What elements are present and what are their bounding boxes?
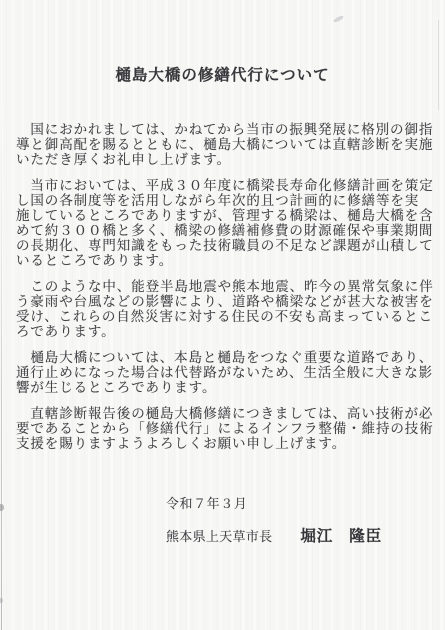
- scan-speck-artifact: [0, 598, 3, 603]
- paragraph-disasters: このような中、能登半島地震や熊本地震、昨今の異常気象に伴 う豪雨や台風などの影響…: [16, 279, 440, 339]
- scan-left-edge-artifact: [1, 100, 2, 630]
- signature-name: 堀江 隆臣: [300, 524, 382, 546]
- document-title: 樋島大橋の修繕代行について: [0, 0, 445, 84]
- document-body: 国におかれましては、かねてから当市の振興発展に格別の御指 導と御高配を賜るととも…: [16, 122, 440, 451]
- scan-speck-artifact: [0, 504, 4, 511]
- scanned-letter-page: 樋島大橋の修繕代行について 国におかれましては、かねてから当市の振興発展に格別の…: [0, 0, 445, 630]
- paragraph-request: 直轄診断報告後の樋島大橋修繕につきましては、高い技術が必 要であることから「修繕…: [16, 406, 440, 451]
- signature-office: 熊本県上天草市長: [166, 526, 272, 545]
- paragraph-bridge-importance: 樋島大橋については、本島と樋島をつなぐ重要な道路であり、 通行止めになった場合は…: [16, 350, 440, 395]
- signature-line: 熊本県上天草市長 堀江 隆臣: [166, 524, 445, 546]
- paragraph-city-situation: 当市においては、平成３０年度に橋梁長寿命化修繕計画を策定 し国の各制度等を活用し…: [16, 178, 440, 268]
- scan-right-edge-artifact: [438, 20, 439, 110]
- document-date: 令和７年３月: [166, 496, 445, 511]
- paragraph-greeting: 国におかれましては、かねてから当市の振興発展に格別の御指 導と御高配を賜るととも…: [16, 122, 440, 167]
